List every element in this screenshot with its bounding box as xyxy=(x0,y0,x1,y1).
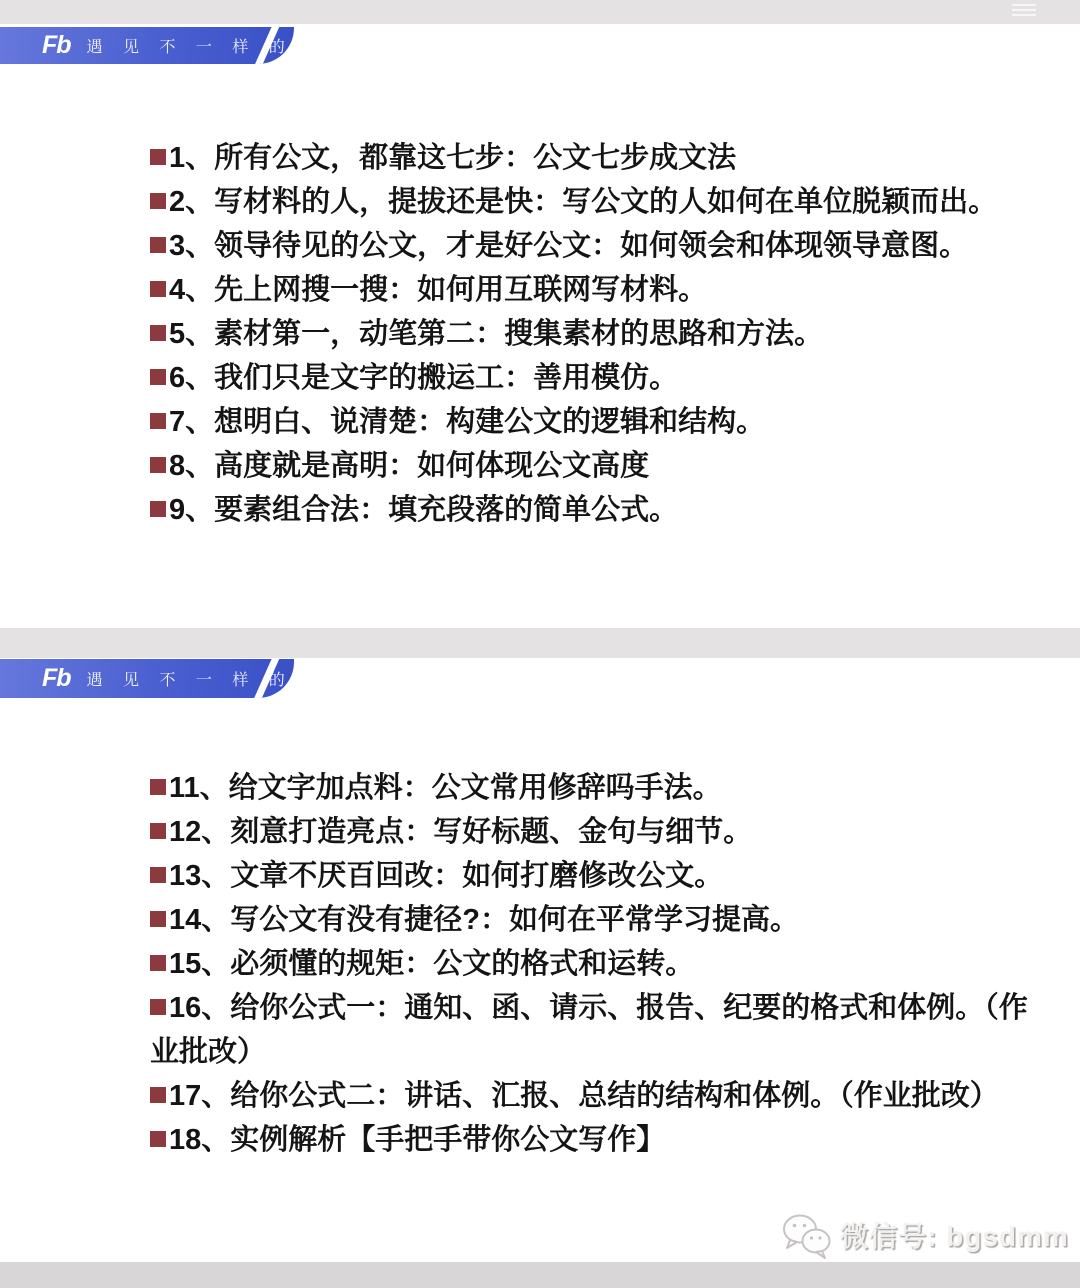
item-number: 16、 xyxy=(169,992,230,1024)
brand-banner-slide1: Fb 遇 见 不 一 样 的 自 己 xyxy=(0,27,294,64)
slide-divider-band xyxy=(0,628,1080,658)
wechat-id-label: 微信号: bgsdmm xyxy=(840,1215,1069,1255)
item-number: 18、 xyxy=(169,1124,230,1156)
item-number: 6、 xyxy=(169,362,214,394)
bullet-square-icon xyxy=(150,779,166,795)
item-text: 想明白、说清楚：构建公文的逻辑和结构。 xyxy=(214,406,765,438)
item-text: 我们只是文字的搬运工：善用模仿。 xyxy=(214,362,678,394)
list-item: 6、我们只是文字的搬运工：善用模仿。 xyxy=(150,356,1042,400)
list-item: 2、写材料的人，提拔还是快：写公文的人如何在单位脱颖而出。 xyxy=(150,180,1042,224)
item-number: 1、 xyxy=(169,142,214,174)
list-item: 13、文章不厌百回改：如何打磨修改公文。 xyxy=(150,854,1042,898)
item-text: 实例解析【手把手带你公文写作】 xyxy=(230,1124,665,1156)
item-text: 所有公文，都靠这七步：公文七步成文法 xyxy=(214,142,736,174)
wechat-icon xyxy=(778,1210,836,1260)
item-text: 刻意打造亮点：写好标题、金句与细节。 xyxy=(230,816,752,848)
item-text: 要素组合法：填充段落的简单公式。 xyxy=(214,494,678,526)
item-number: 4、 xyxy=(169,274,214,306)
brand-banner-slide2: Fb 遇 见 不 一 样 的 自 己 xyxy=(0,659,294,698)
bullet-square-icon xyxy=(150,867,166,883)
item-text: 写公文有没有捷径?：如何在平常学习提高。 xyxy=(230,904,799,936)
bullet-square-icon xyxy=(150,149,166,165)
list-item: 12、刻意打造亮点：写好标题、金句与细节。 xyxy=(150,810,1042,854)
item-text: 写材料的人，提拔还是快：写公文的人如何在单位脱颖而出。 xyxy=(214,186,997,218)
list-item: 1、所有公文，都靠这七步：公文七步成文法 xyxy=(150,136,1042,180)
menu-icon xyxy=(1012,4,1036,18)
course-list-part1: 1、所有公文，都靠这七步：公文七步成文法 2、写材料的人，提拔还是快：写公文的人… xyxy=(150,136,1042,532)
item-number: 9、 xyxy=(169,494,214,526)
item-text: 先上网搜一搜：如何用互联网写材料。 xyxy=(214,274,707,306)
item-text: 给你公式二：讲话、汇报、总结的结构和体例。（作业批改） xyxy=(230,1080,999,1112)
list-item: 11、给文字加点料：公文常用修辞吗手法。 xyxy=(150,766,1042,810)
list-item: 4、先上网搜一搜：如何用互联网写材料。 xyxy=(150,268,1042,312)
bullet-square-icon xyxy=(150,1087,166,1103)
list-item: 17、给你公式二：讲话、汇报、总结的结构和体例。（作业批改） xyxy=(150,1074,1042,1118)
item-text: 领导待见的公文，才是好公文：如何领会和体现领导意图。 xyxy=(214,230,968,262)
bullet-square-icon xyxy=(150,457,166,473)
course-list-part2: 11、给文字加点料：公文常用修辞吗手法。 12、刻意打造亮点：写好标题、金句与细… xyxy=(150,766,1042,1162)
bullet-square-icon xyxy=(150,999,166,1015)
item-number: 5、 xyxy=(169,318,214,350)
bullet-square-icon xyxy=(150,281,166,297)
bullet-square-icon xyxy=(150,911,166,927)
bullet-square-icon xyxy=(150,237,166,253)
item-number: 12、 xyxy=(169,816,230,848)
item-number: 17、 xyxy=(169,1080,230,1112)
item-text: 给你公式一：通知、函、请示、报告、纪要的格式和体例。（作业批改） xyxy=(150,992,1028,1068)
list-item: 9、要素组合法：填充段落的简单公式。 xyxy=(150,488,1042,532)
bullet-square-icon xyxy=(150,955,166,971)
fb-logo: Fb xyxy=(42,666,71,691)
item-number: 11、 xyxy=(169,772,229,804)
item-text: 高度就是高明：如何体现公文高度 xyxy=(214,450,649,482)
item-text: 给文字加点料：公文常用修辞吗手法。 xyxy=(229,772,722,804)
item-number: 15、 xyxy=(169,948,230,980)
item-number: 7、 xyxy=(169,406,214,438)
list-item: 7、想明白、说清楚：构建公文的逻辑和结构。 xyxy=(150,400,1042,444)
item-text: 素材第一，动笔第二：搜集素材的思路和方法。 xyxy=(214,318,823,350)
bullet-square-icon xyxy=(150,325,166,341)
wechat-id-footer: 微信号: bgsdmm xyxy=(778,1210,1069,1260)
bullet-square-icon xyxy=(150,413,166,429)
item-text: 必须懂的规矩：公文的格式和运转。 xyxy=(230,948,694,980)
item-number: 8、 xyxy=(169,450,214,482)
item-number: 13、 xyxy=(169,860,230,892)
list-item: 15、必须懂的规矩：公文的格式和运转。 xyxy=(150,942,1042,986)
item-number: 14、 xyxy=(169,904,230,936)
list-item: 5、素材第一，动笔第二：搜集素材的思路和方法。 xyxy=(150,312,1042,356)
bullet-square-icon xyxy=(150,823,166,839)
item-number: 3、 xyxy=(169,230,214,262)
item-text: 文章不厌百回改：如何打磨修改公文。 xyxy=(230,860,723,892)
list-item: 3、领导待见的公文，才是好公文：如何领会和体现领导意图。 xyxy=(150,224,1042,268)
bullet-square-icon xyxy=(150,1131,166,1147)
fb-logo: Fb xyxy=(42,33,71,58)
list-item: 16、给你公式一：通知、函、请示、报告、纪要的格式和体例。（作业批改） xyxy=(150,986,1042,1074)
bullet-square-icon xyxy=(150,193,166,209)
top-gray-strip xyxy=(0,0,1080,24)
bullet-square-icon xyxy=(150,369,166,385)
list-item: 14、写公文有没有捷径?：如何在平常学习提高。 xyxy=(150,898,1042,942)
bottom-gray-strip xyxy=(0,1262,1080,1288)
list-item: 8、高度就是高明：如何体现公文高度 xyxy=(150,444,1042,488)
item-number: 2、 xyxy=(169,186,214,218)
bullet-square-icon xyxy=(150,501,166,517)
list-item: 18、实例解析【手把手带你公文写作】 xyxy=(150,1118,1042,1162)
